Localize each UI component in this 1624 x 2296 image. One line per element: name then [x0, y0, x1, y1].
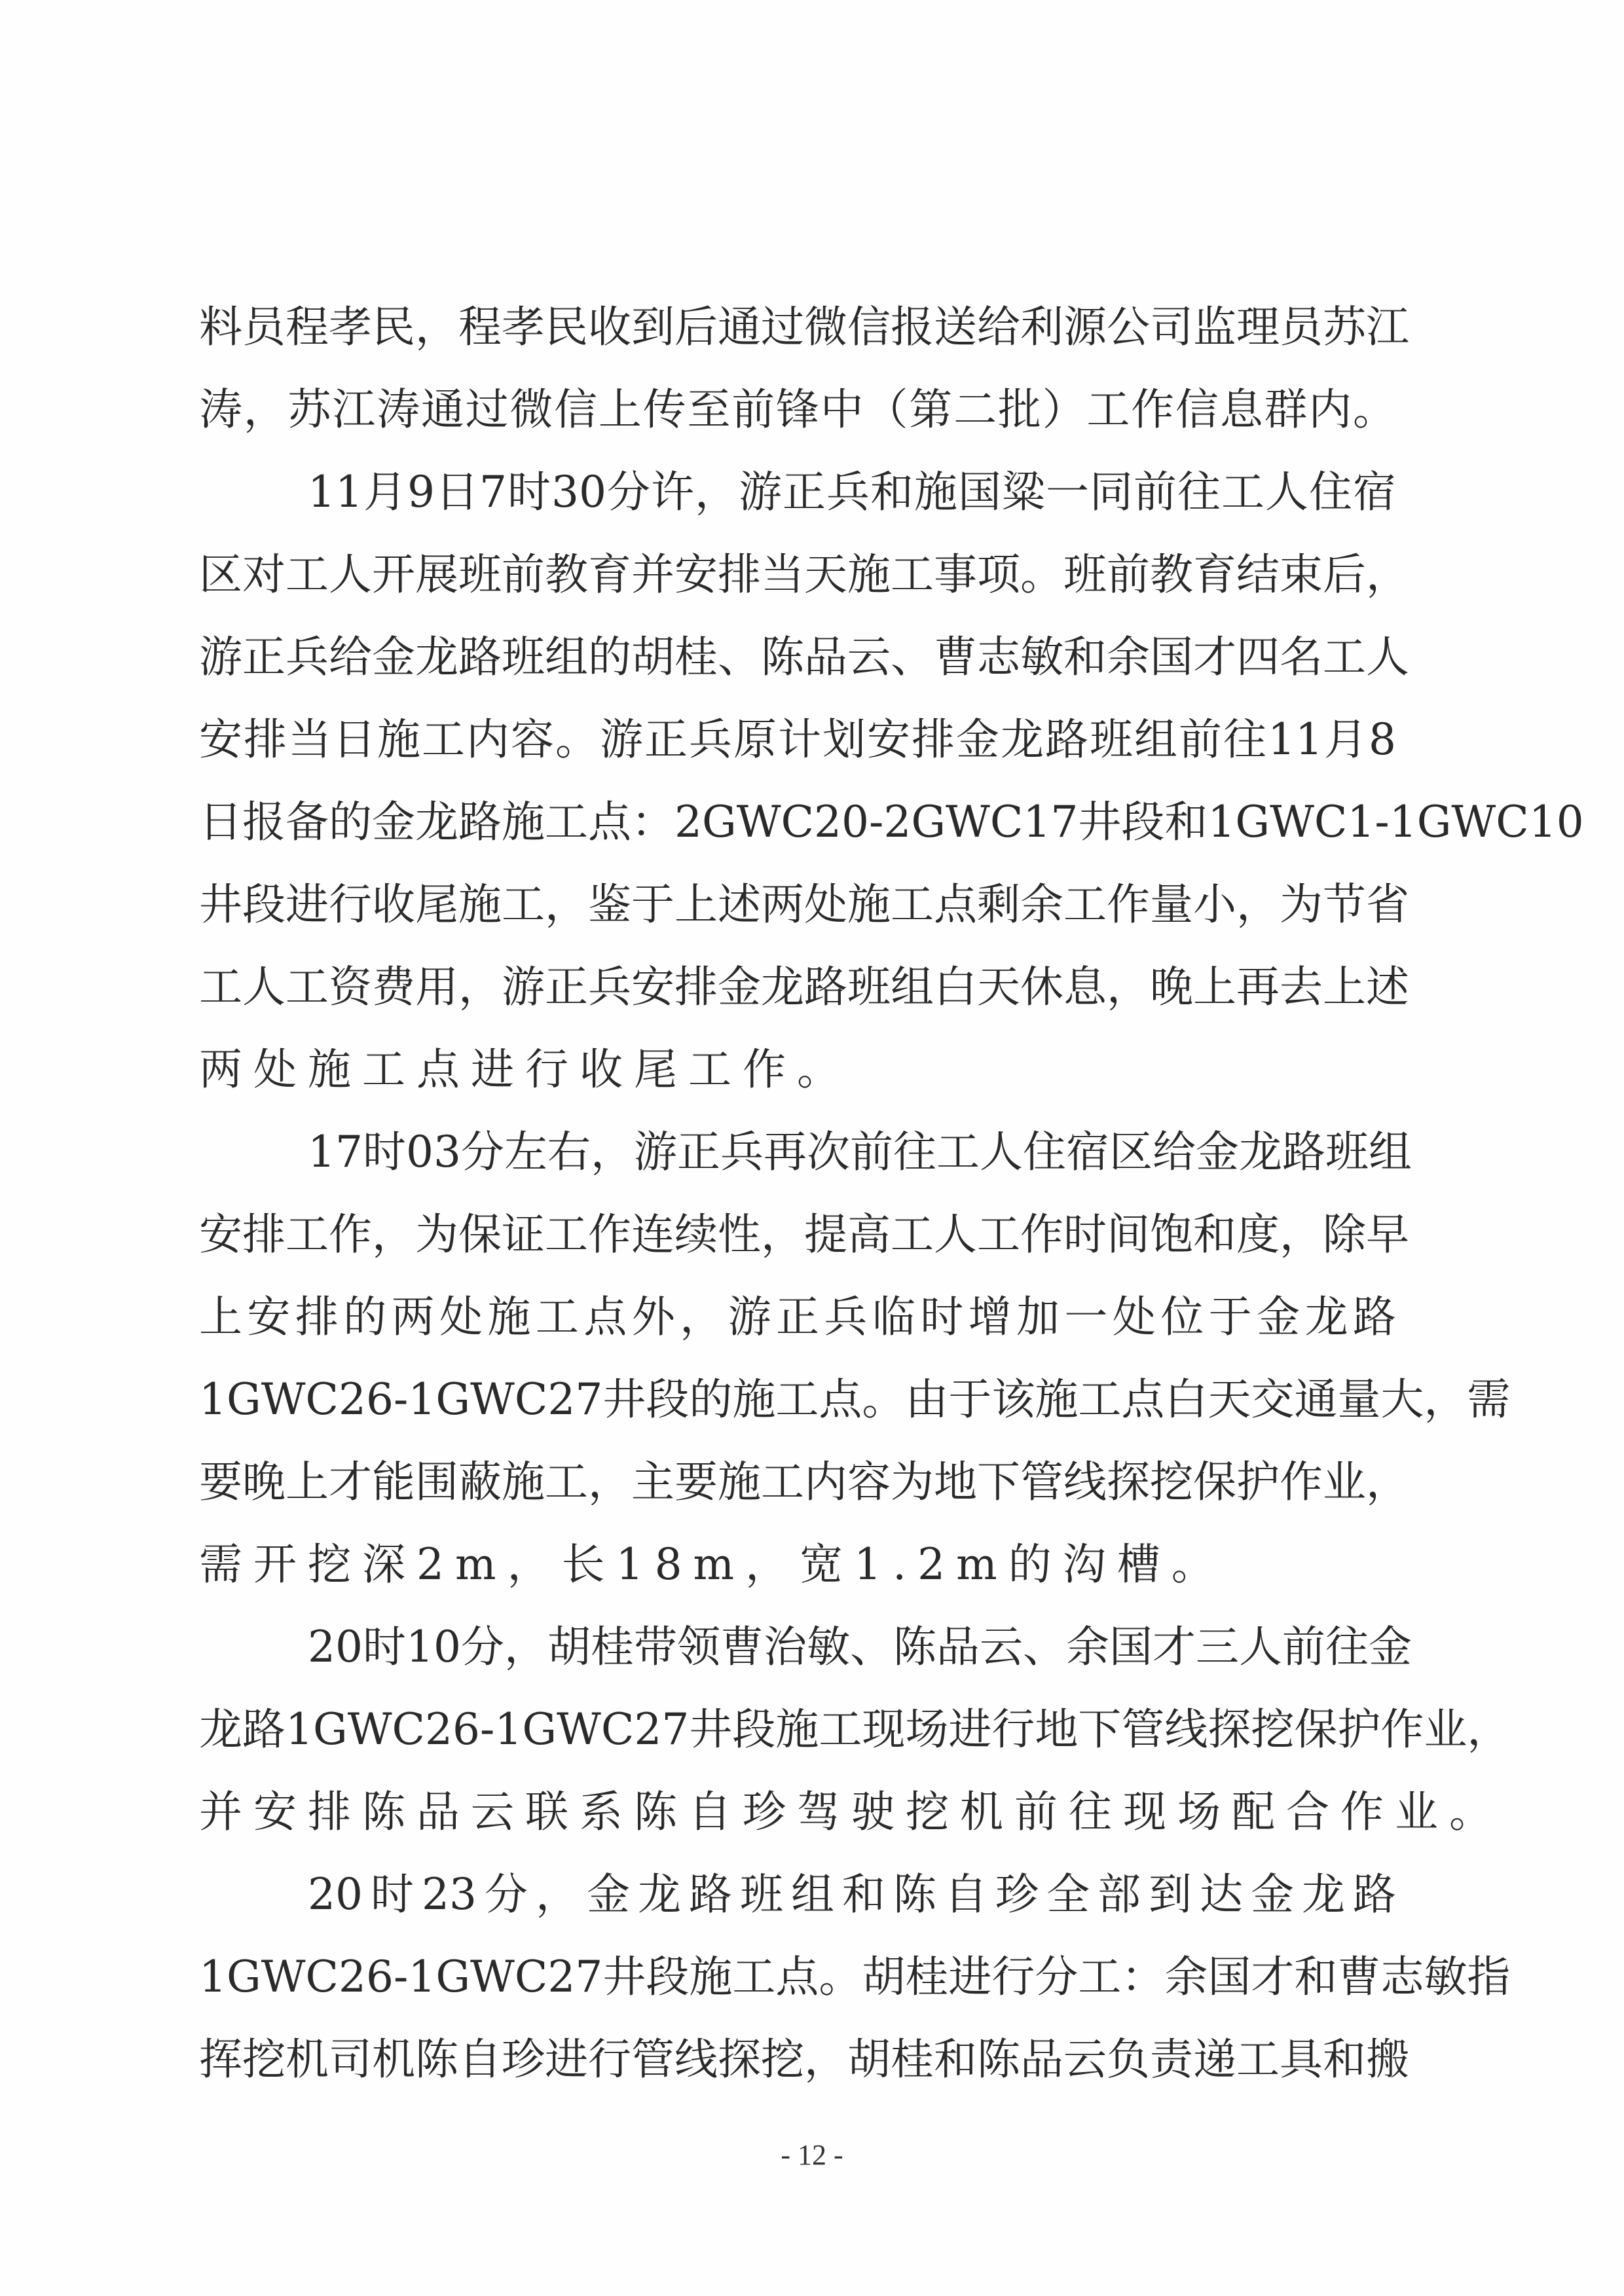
text-line: 区对工人开展班前教育并安排当天施工事项。班前教育结束后， — [199, 534, 1396, 616]
text-line: 并安排陈品云联系陈自珍驾驶挖机前往现场配合作业。 — [199, 1771, 1396, 1853]
text-line: 游正兵给金龙路班组的胡桂、陈品云、曹志敏和余国才四名工人 — [199, 616, 1396, 699]
text-line: 工人工资费用，游正兵安排金龙路班组白天休息，晚上再去上述 — [199, 946, 1396, 1029]
text-line: 要晚上才能围蔽施工，主要施工内容为地下管线探挖保护作业， — [199, 1441, 1396, 1523]
document-page: 料员程孝民，程孝民收到后通过微信报送给利源公司监理员苏江 涛，苏江涛通过微信上传… — [0, 0, 1624, 2296]
text-line: 需开挖深2m，长18m，宽1.2m的沟槽。 — [199, 1523, 1396, 1606]
paragraph-continuation: 料员程孝民，程孝民收到后通过微信报送给利源公司监理员苏江 涛，苏江涛通过微信上传… — [199, 286, 1396, 451]
text-line: 料员程孝民，程孝民收到后通过微信报送给利源公司监理员苏江 — [199, 286, 1396, 369]
text-line: 安排当日施工内容。游正兵原计划安排金龙路班组前往11月8 — [199, 699, 1396, 781]
body-text: 料员程孝民，程孝民收到后通过微信报送给利源公司监理员苏江 涛，苏江涛通过微信上传… — [199, 286, 1396, 2101]
paragraph-1703: 17时03分左右，游正兵再次前往工人住宿区给金龙路班组 安排工作，为保证工作连续… — [199, 1111, 1396, 1606]
text-line: 两处施工点进行收尾工作。 — [199, 1029, 1396, 1111]
page-number: - 12 - — [0, 2136, 1624, 2175]
text-line: 1GWC26-1GWC27井段施工点。胡桂进行分工：余国才和曹志敏指 — [199, 1936, 1396, 2018]
paragraph-2010: 20时10分，胡桂带领曹治敏、陈品云、余国才三人前往金 龙路1GWC26-1GW… — [199, 1606, 1396, 1853]
text-line: 安排工作，为保证工作连续性，提高工人工作时间饱和度，除早 — [199, 1194, 1396, 1276]
paragraph-nov9-morning: 11月9日7时30分许，游正兵和施国粱一同前往工人住宿 区对工人开展班前教育并安… — [199, 451, 1396, 1111]
paragraph-2023: 20时23分，金龙路班组和陈自珍全部到达金龙路 1GWC26-1GWC27井段施… — [199, 1853, 1396, 2101]
text-line: 20时10分，胡桂带领曹治敏、陈品云、余国才三人前往金 — [199, 1606, 1396, 1688]
text-line: 1GWC26-1GWC27井段的施工点。由于该施工点白天交通量大，需 — [199, 1358, 1396, 1441]
text-line: 上安排的两处施工点外，游正兵临时增加一处位于金龙路 — [199, 1276, 1396, 1358]
text-line: 龙路1GWC26-1GWC27井段施工现场进行地下管线探挖保护作业， — [199, 1688, 1396, 1771]
text-line: 涛，苏江涛通过微信上传至前锋中（第二批）工作信息群内。 — [199, 369, 1396, 451]
text-line: 挥挖机司机陈自珍进行管线探挖，胡桂和陈品云负责递工具和搬 — [199, 2018, 1396, 2101]
text-line: 20时23分，金龙路班组和陈自珍全部到达金龙路 — [199, 1853, 1396, 1936]
text-line: 井段进行收尾施工，鉴于上述两处施工点剩余工作量小，为节省 — [199, 864, 1396, 946]
text-line: 17时03分左右，游正兵再次前往工人住宿区给金龙路班组 — [199, 1111, 1396, 1194]
text-line: 11月9日7时30分许，游正兵和施国粱一同前往工人住宿 — [199, 451, 1396, 534]
text-line: 日报备的金龙路施工点：2GWC20-2GWC17井段和1GWC1-1GWC10 — [199, 781, 1396, 864]
